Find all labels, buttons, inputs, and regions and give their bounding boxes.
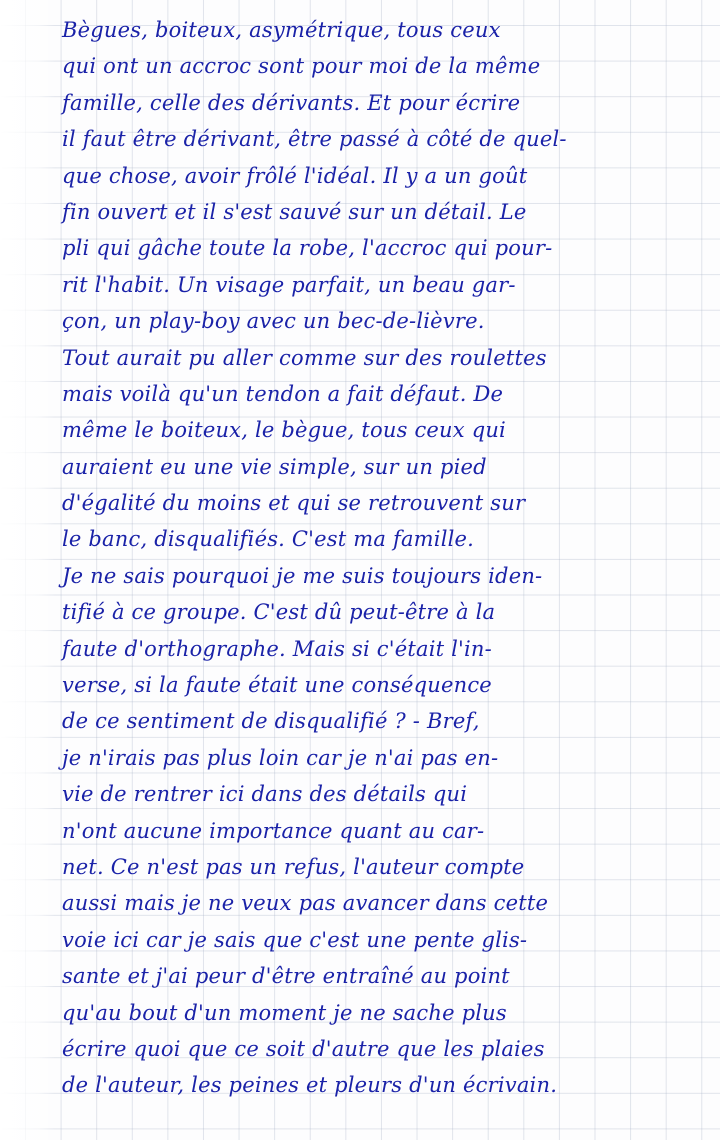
text-line: de ce sentiment de disqualifié ? - Bref, xyxy=(62,703,702,739)
text-line: sante et j'ai peur d'être entraîné au po… xyxy=(62,958,702,994)
text-line: Tout aurait pu aller comme sur des roule… xyxy=(62,340,702,376)
page-left-margin xyxy=(0,0,55,1140)
text-line: que chose, avoir frôlé l'idéal. Il y a u… xyxy=(62,158,702,194)
text-line: rit l'habit. Un visage parfait, un beau … xyxy=(62,267,702,303)
text-line: qu'au bout d'un moment je ne sache plus xyxy=(62,995,702,1031)
text-line: vie de rentrer ici dans des détails qui xyxy=(62,776,702,812)
text-line: Je ne sais pourquoi je me suis toujours … xyxy=(62,558,702,594)
text-line: n'ont aucune importance quant au car- xyxy=(62,813,702,849)
text-line: écrire quoi que ce soit d'autre que les … xyxy=(62,1031,702,1067)
text-line: auraient eu une vie simple, sur un pied xyxy=(62,449,702,485)
text-line: Bègues, boiteux, asymétrique, tous ceux xyxy=(62,12,702,48)
grid-paper-page: Bègues, boiteux, asymétrique, tous ceux … xyxy=(0,0,720,1140)
text-line: faute d'orthographe. Mais si c'était l'i… xyxy=(62,631,702,667)
text-line: de l'auteur, les peines et pleurs d'un é… xyxy=(62,1067,702,1103)
text-line: je n'irais pas plus loin car je n'ai pas… xyxy=(62,740,702,776)
text-line: net. Ce n'est pas un refus, l'auteur com… xyxy=(62,849,702,885)
text-line: fin ouvert et il s'est sauvé sur un déta… xyxy=(62,194,702,230)
text-line: tifié à ce groupe. C'est dû peut-être à … xyxy=(62,594,702,630)
text-line: d'égalité du moins et qui se retrouvent … xyxy=(62,485,702,521)
text-line: çon, un play-boy avec un bec-de-lièvre. xyxy=(62,303,702,339)
text-line: mais voilà qu'un tendon a fait défaut. D… xyxy=(62,376,702,412)
text-line: qui ont un accroc sont pour moi de la mê… xyxy=(62,48,702,84)
text-line: verse, si la faute était une conséquence xyxy=(62,667,702,703)
text-line: pli qui gâche toute la robe, l'accroc qu… xyxy=(62,230,702,266)
handwritten-text-block: Bègues, boiteux, asymétrique, tous ceux … xyxy=(62,12,702,1104)
text-line: voie ici car je sais que c'est une pente… xyxy=(62,922,702,958)
text-line: aussi mais je ne veux pas avancer dans c… xyxy=(62,885,702,921)
text-line: même le boiteux, le bègue, tous ceux qui xyxy=(62,412,702,448)
text-line: il faut être dérivant, être passé à côté… xyxy=(62,121,702,157)
text-line: le banc, disqualifiés. C'est ma famille. xyxy=(62,521,702,557)
text-line: famille, celle des dérivants. Et pour éc… xyxy=(62,85,702,121)
